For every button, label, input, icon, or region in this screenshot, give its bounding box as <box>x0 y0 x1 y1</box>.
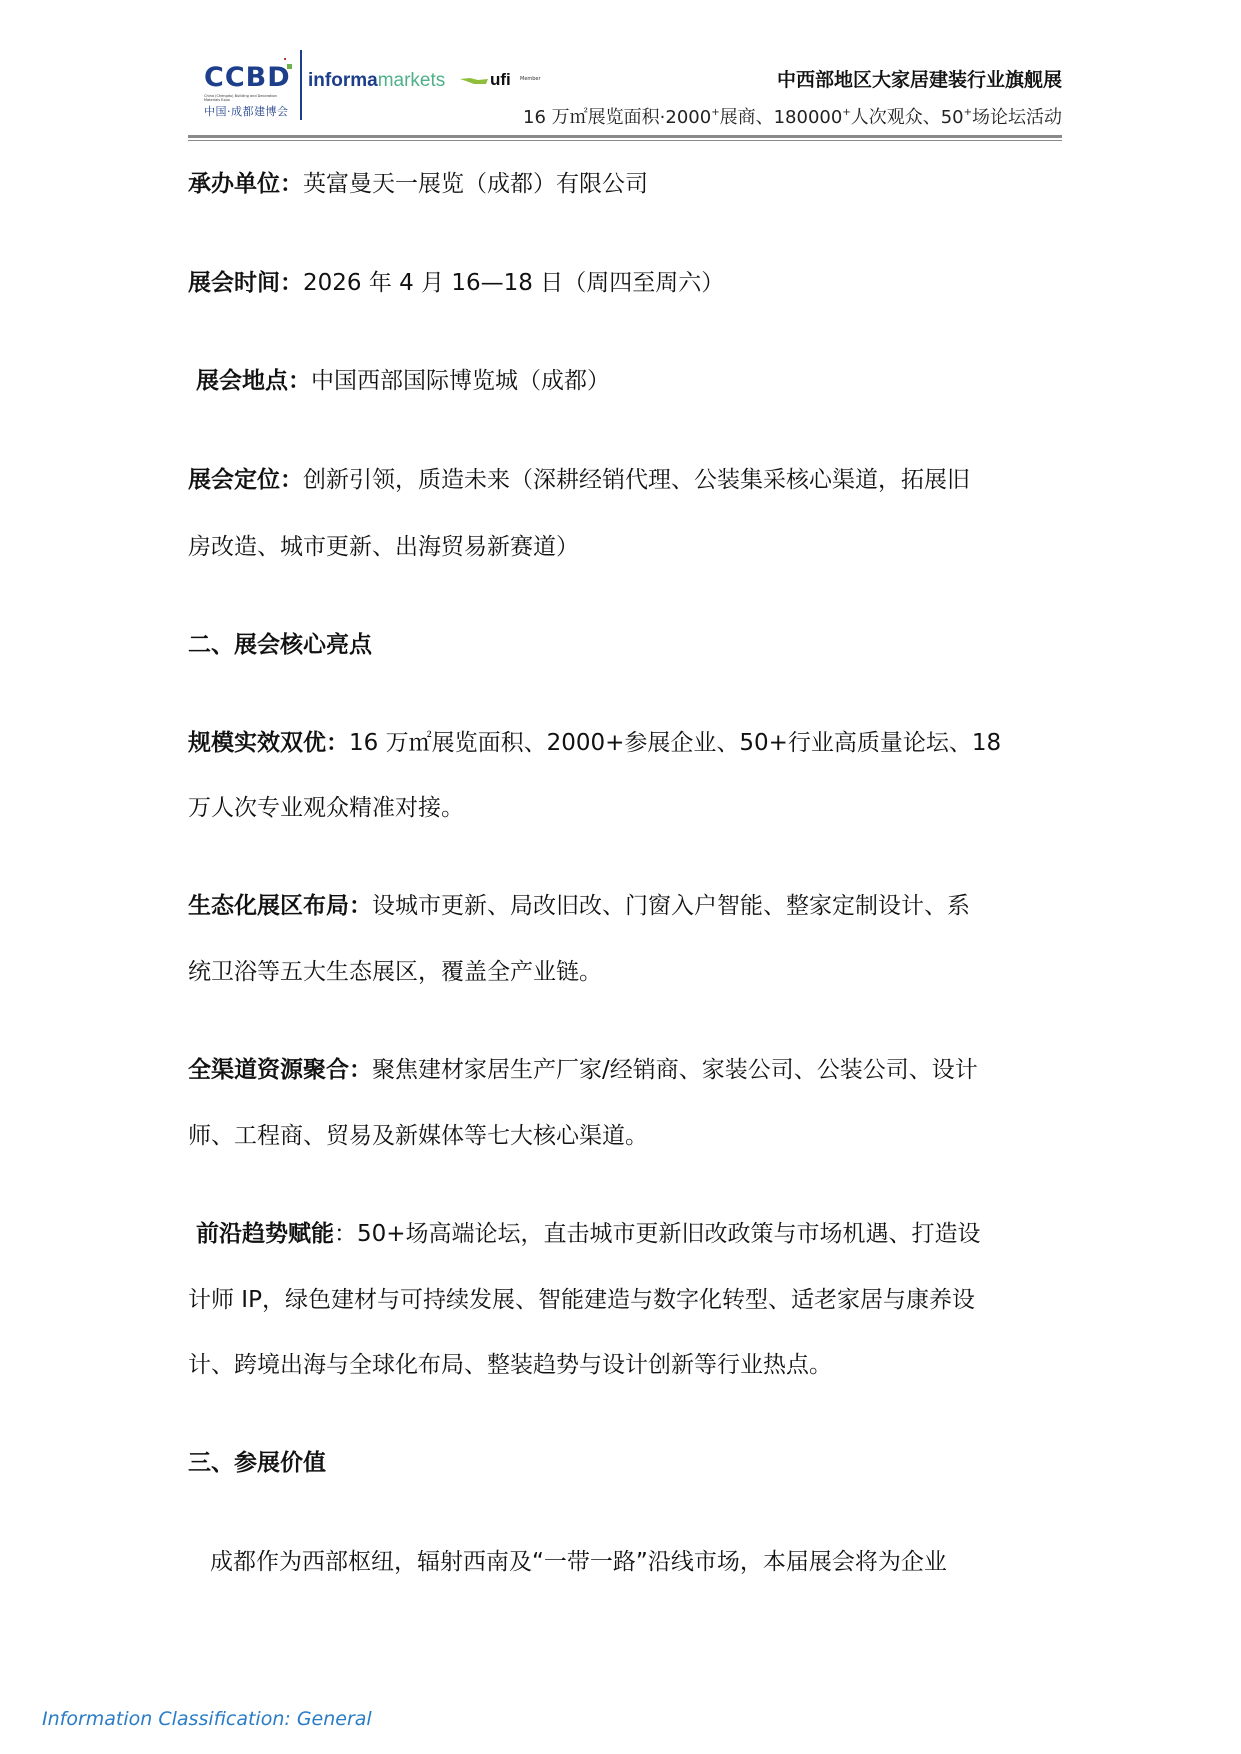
positioning-label: 展会定位 <box>188 467 280 493</box>
organizer-label: 承办单位 <box>188 171 280 197</box>
highlight-label: 全渠道资源聚合 <box>188 1057 349 1083</box>
venue-line: 展会地点：中国西部国际博览城（成都） <box>196 366 1070 396</box>
highlight-text: 50+场高端论坛，直击城市更新旧改政策与市场机遇、打造设 <box>357 1221 981 1247</box>
label-separator: ： <box>349 1057 372 1083</box>
organizer-line: 承办单位：英富曼天一展览（成都）有限公司 <box>188 169 1062 199</box>
ufi-text: ufi <box>490 70 511 90</box>
highlight-scale-line-2: 万人次专业观众精准对接。 <box>188 793 1062 823</box>
highlight-trends-line-3: 计、跨境出海与全球化布局、整装趋势与设计创新等行业热点。 <box>188 1350 1062 1380</box>
label-separator: ： <box>334 1221 357 1247</box>
positioning-text: 创新引领，质造未来（深耕经销代理、公装集采核心渠道，拓展旧 <box>303 467 970 493</box>
highlight-scale-line-1: 规模实效双优：16 万㎡展览面积、2000+参展企业、50+行业高质量论坛、18 <box>188 728 1062 758</box>
ufi-swoosh-icon <box>460 77 488 85</box>
section-heading-value: 三、参展价值 <box>188 1448 1062 1478</box>
highlight-text: 16 万㎡展览面积、2000+参展企业、50+行业高质量论坛、18 <box>349 730 1001 756</box>
informa-word: informa <box>308 70 378 91</box>
highlight-channels-line-1: 全渠道资源聚合：聚焦建材家居生产厂家/经销商、家装公司、公装公司、设计 <box>188 1055 1062 1085</box>
highlight-ecosystem-line-1: 生态化展区布局：设城市更新、局改旧改、门窗入户智能、整家定制设计、系 <box>188 891 1062 921</box>
ccbd-logo-letters: CCBD <box>204 64 291 92</box>
highlight-text: 设城市更新、局改旧改、门窗入户智能、整家定制设计、系 <box>372 893 970 919</box>
subtitle-sup: + <box>964 107 972 118</box>
subtitle-part: 展商、180000 <box>720 107 843 128</box>
label-separator: ： <box>280 171 303 197</box>
section-heading-highlights: 二、展会核心亮点 <box>188 630 1062 660</box>
label-separator: ： <box>280 467 303 493</box>
time-value: 2026 年 4 月 16—18 日（周四至周六） <box>303 270 724 296</box>
ufi-member-label: Member <box>520 76 541 82</box>
header-divider-thick <box>188 135 1062 138</box>
time-line: 展会时间：2026 年 4 月 16—18 日（周四至周六） <box>188 268 1062 298</box>
highlight-label: 生态化展区布局 <box>188 893 349 919</box>
value-paragraph-line-1: 成都作为西部枢纽，辐射西南及“一带一路”沿线市场，本届展会将为企业 <box>210 1547 1084 1577</box>
highlight-trends-line-1: 前沿趋势赋能：50+场高端论坛，直击城市更新旧改政策与市场机遇、打造设 <box>196 1219 1070 1249</box>
markets-word: markets <box>378 70 446 91</box>
subtitle-part: 16 万㎡展览面积·2000 <box>523 107 711 128</box>
label-separator: ： <box>349 893 372 919</box>
ccbd-logo-subtitle-cn: 中国·成都建博会 <box>204 106 289 118</box>
logo-divider <box>300 50 302 120</box>
label-separator: ： <box>280 270 303 296</box>
informa-markets-logo: informamarkets <box>308 70 445 92</box>
highlight-ecosystem-line-2: 统卫浴等五大生态展区，覆盖全产业链。 <box>188 957 1062 987</box>
header-subtitle: 16 万㎡展览面积·2000+展商、180000+人次观众、50+场论坛活动 <box>523 102 1062 129</box>
ccbd-logo-subtitle-en: China (Chengdu) Building and Decoration … <box>204 94 292 102</box>
header-title: 中西部地区大家居建装行业旗舰展 <box>777 68 1062 92</box>
document-page: CCBD China (Chengdu) Building and Decora… <box>0 0 1241 1754</box>
information-classification-label: Information Classification: General <box>42 1707 372 1731</box>
subtitle-part: 人次观众、50 <box>851 107 964 128</box>
organizer-value: 英富曼天一展览（成都）有限公司 <box>303 171 648 197</box>
label-separator: ： <box>288 368 311 394</box>
highlight-channels-line-2: 师、工程商、贸易及新媒体等七大核心渠道。 <box>188 1121 1062 1151</box>
time-label: 展会时间 <box>188 270 280 296</box>
highlight-label: 前沿趋势赋能 <box>196 1221 334 1247</box>
header-divider-thin <box>188 140 1062 141</box>
positioning-line-2: 房改造、城市更新、出海贸易新赛道） <box>188 532 1062 562</box>
logo-accent-dot-red <box>284 58 286 60</box>
positioning-line-1: 展会定位：创新引领，质造未来（深耕经销代理、公装集采核心渠道，拓展旧 <box>188 465 1062 495</box>
highlight-trends-line-2: 计师 IP，绿色建材与可持续发展、智能建造与数字化转型、适老家居与康养设 <box>188 1285 1062 1315</box>
subtitle-part: 场论坛活动 <box>972 107 1062 128</box>
subtitle-sup: + <box>842 107 850 118</box>
venue-label: 展会地点 <box>196 368 288 394</box>
ccbd-logo: CCBD China (Chengdu) Building and Decora… <box>204 54 292 124</box>
venue-value: 中国西部国际博览城（成都） <box>311 368 610 394</box>
subtitle-sup: + <box>711 107 719 118</box>
highlight-label: 规模实效双优 <box>188 730 326 756</box>
page-header: CCBD China (Chengdu) Building and Decora… <box>188 48 1062 144</box>
label-separator: ： <box>326 730 349 756</box>
highlight-text: 聚焦建材家居生产厂家/经销商、家装公司、公装公司、设计 <box>372 1057 978 1083</box>
